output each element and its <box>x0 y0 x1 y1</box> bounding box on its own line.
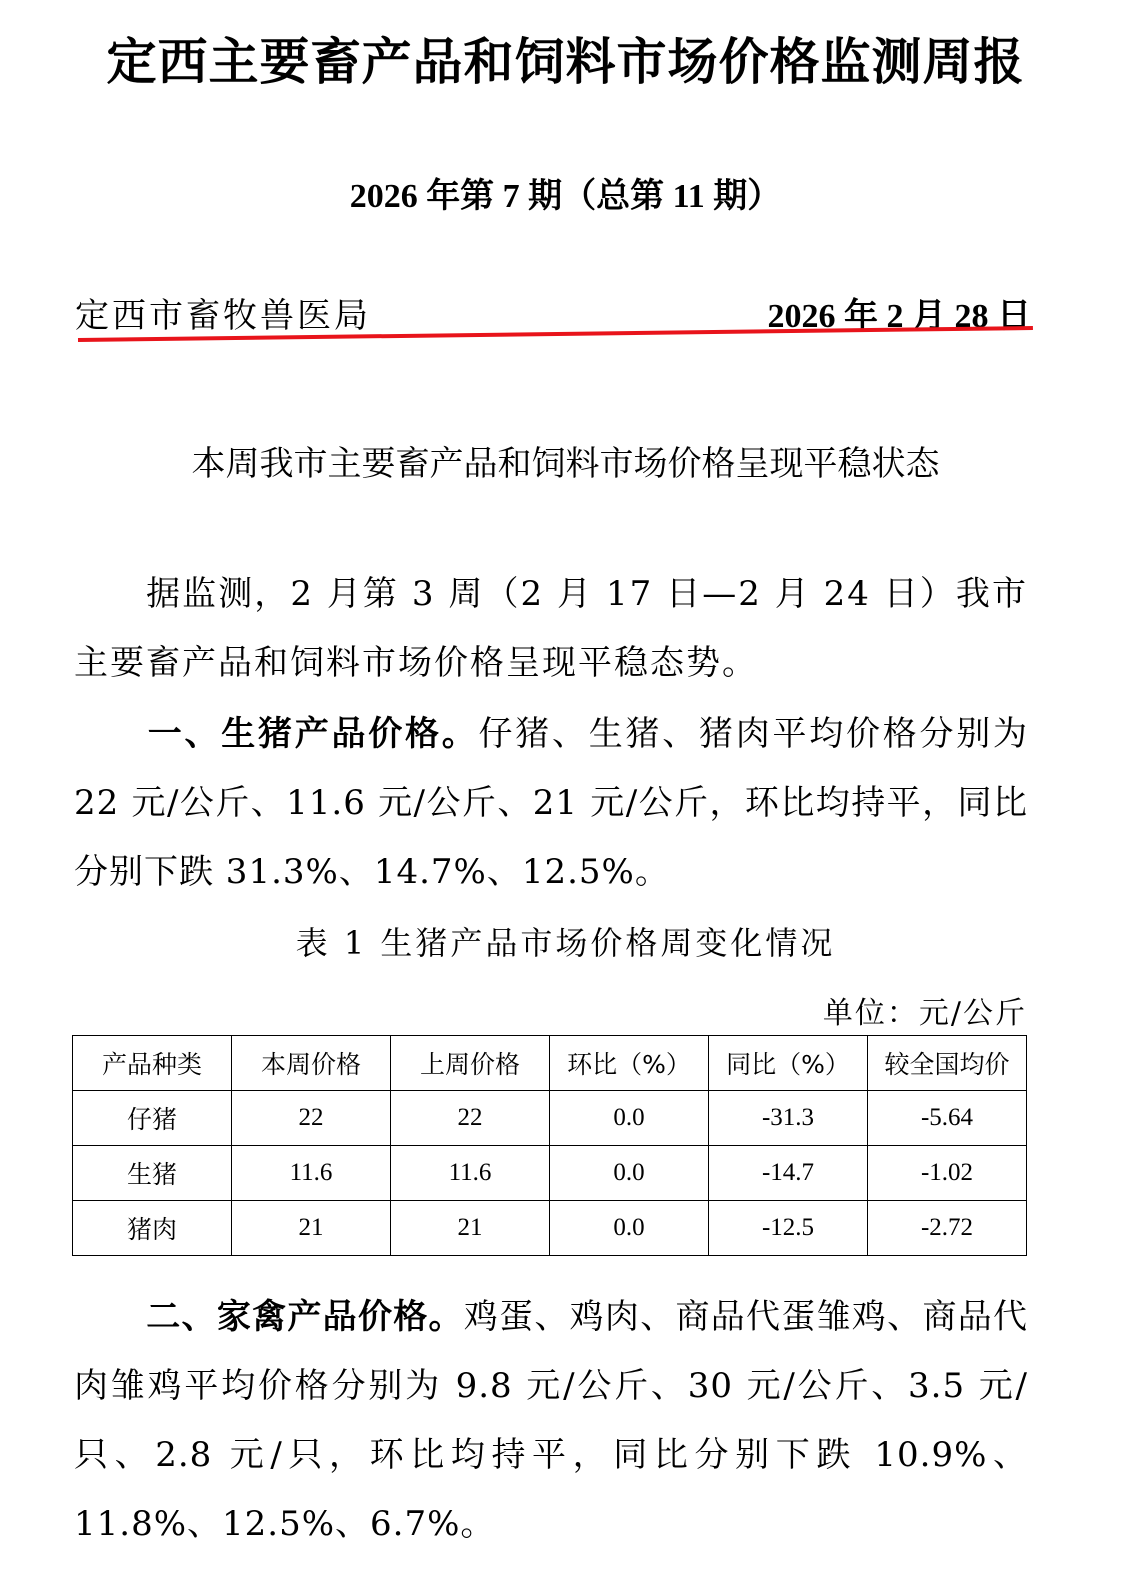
cell-last-week: 11.6 <box>391 1146 550 1201</box>
col-header-this-week: 本周价格 <box>232 1036 391 1091</box>
cell-vs-national: -2.72 <box>868 1201 1027 1256</box>
section2-paragraph: 二、家禽产品价格。鸡蛋、鸡肉、商品代蛋雏鸡、商品代肉雏鸡平均价格分别为 9.8 … <box>74 1283 1028 1559</box>
cell-this-week: 22 <box>232 1091 391 1146</box>
cell-this-week: 21 <box>232 1201 391 1256</box>
table1-unit: 单位：元/公斤 <box>823 988 1027 1032</box>
cell-yoy: -31.3 <box>709 1091 868 1146</box>
issuing-organization: 定西市畜牧兽医局 <box>75 288 371 337</box>
section1-heading: 一、生猪产品价格。 <box>146 714 479 754</box>
cell-vs-national: -5.64 <box>868 1091 1027 1146</box>
cell-wow: 0.0 <box>550 1091 709 1146</box>
table-row: 仔猪 22 22 0.0 -31.3 -5.64 <box>73 1091 1027 1146</box>
cell-last-week: 21 <box>391 1201 550 1256</box>
report-title: 定西主要畜产品和饲料市场价格监测周报 <box>0 22 1131 94</box>
intro-text: 据监测，2 月第 3 周（2 月 17 日—2 月 24 日）我市主要畜产品和饲… <box>74 574 1028 683</box>
pig-price-table: 产品种类 本周价格 上周价格 环比（%） 同比（%） 较全国均价 仔猪 22 2… <box>72 1035 1027 1256</box>
table-row: 生猪 11.6 11.6 0.0 -14.7 -1.02 <box>73 1146 1027 1201</box>
cell-wow: 0.0 <box>550 1201 709 1256</box>
section1-paragraph: 一、生猪产品价格。仔猪、生猪、猪肉平均价格分别为 22 元/公斤、11.6 元/… <box>74 700 1028 907</box>
issue-number: 2026 年第 7 期（总第 11 期） <box>0 168 1131 217</box>
table-row: 猪肉 21 21 0.0 -12.5 -2.72 <box>73 1201 1027 1256</box>
cell-wow: 0.0 <box>550 1146 709 1201</box>
cell-product: 仔猪 <box>73 1091 232 1146</box>
cell-yoy: -12.5 <box>709 1201 868 1256</box>
cell-this-week: 11.6 <box>232 1146 391 1201</box>
cell-last-week: 22 <box>391 1091 550 1146</box>
headline: 本周我市主要畜产品和饲料市场价格呈现平稳状态 <box>0 436 1131 485</box>
intro-paragraph: 据监测，2 月第 3 周（2 月 17 日—2 月 24 日）我市主要畜产品和饲… <box>74 560 1028 698</box>
col-header-vs-national: 较全国均价 <box>868 1036 1027 1091</box>
col-header-last-week: 上周价格 <box>391 1036 550 1091</box>
col-header-product: 产品种类 <box>73 1036 232 1091</box>
section2-heading: 二、家禽产品价格。 <box>146 1297 464 1337</box>
col-header-yoy: 同比（%） <box>709 1036 868 1091</box>
cell-product: 生猪 <box>73 1146 232 1201</box>
table-header-row: 产品种类 本周价格 上周价格 环比（%） 同比（%） 较全国均价 <box>73 1036 1027 1091</box>
cell-product: 猪肉 <box>73 1201 232 1256</box>
col-header-wow: 环比（%） <box>550 1036 709 1091</box>
cell-vs-national: -1.02 <box>868 1146 1027 1201</box>
table1-caption: 表 1 生猪产品市场价格周变化情况 <box>0 918 1131 964</box>
cell-yoy: -14.7 <box>709 1146 868 1201</box>
